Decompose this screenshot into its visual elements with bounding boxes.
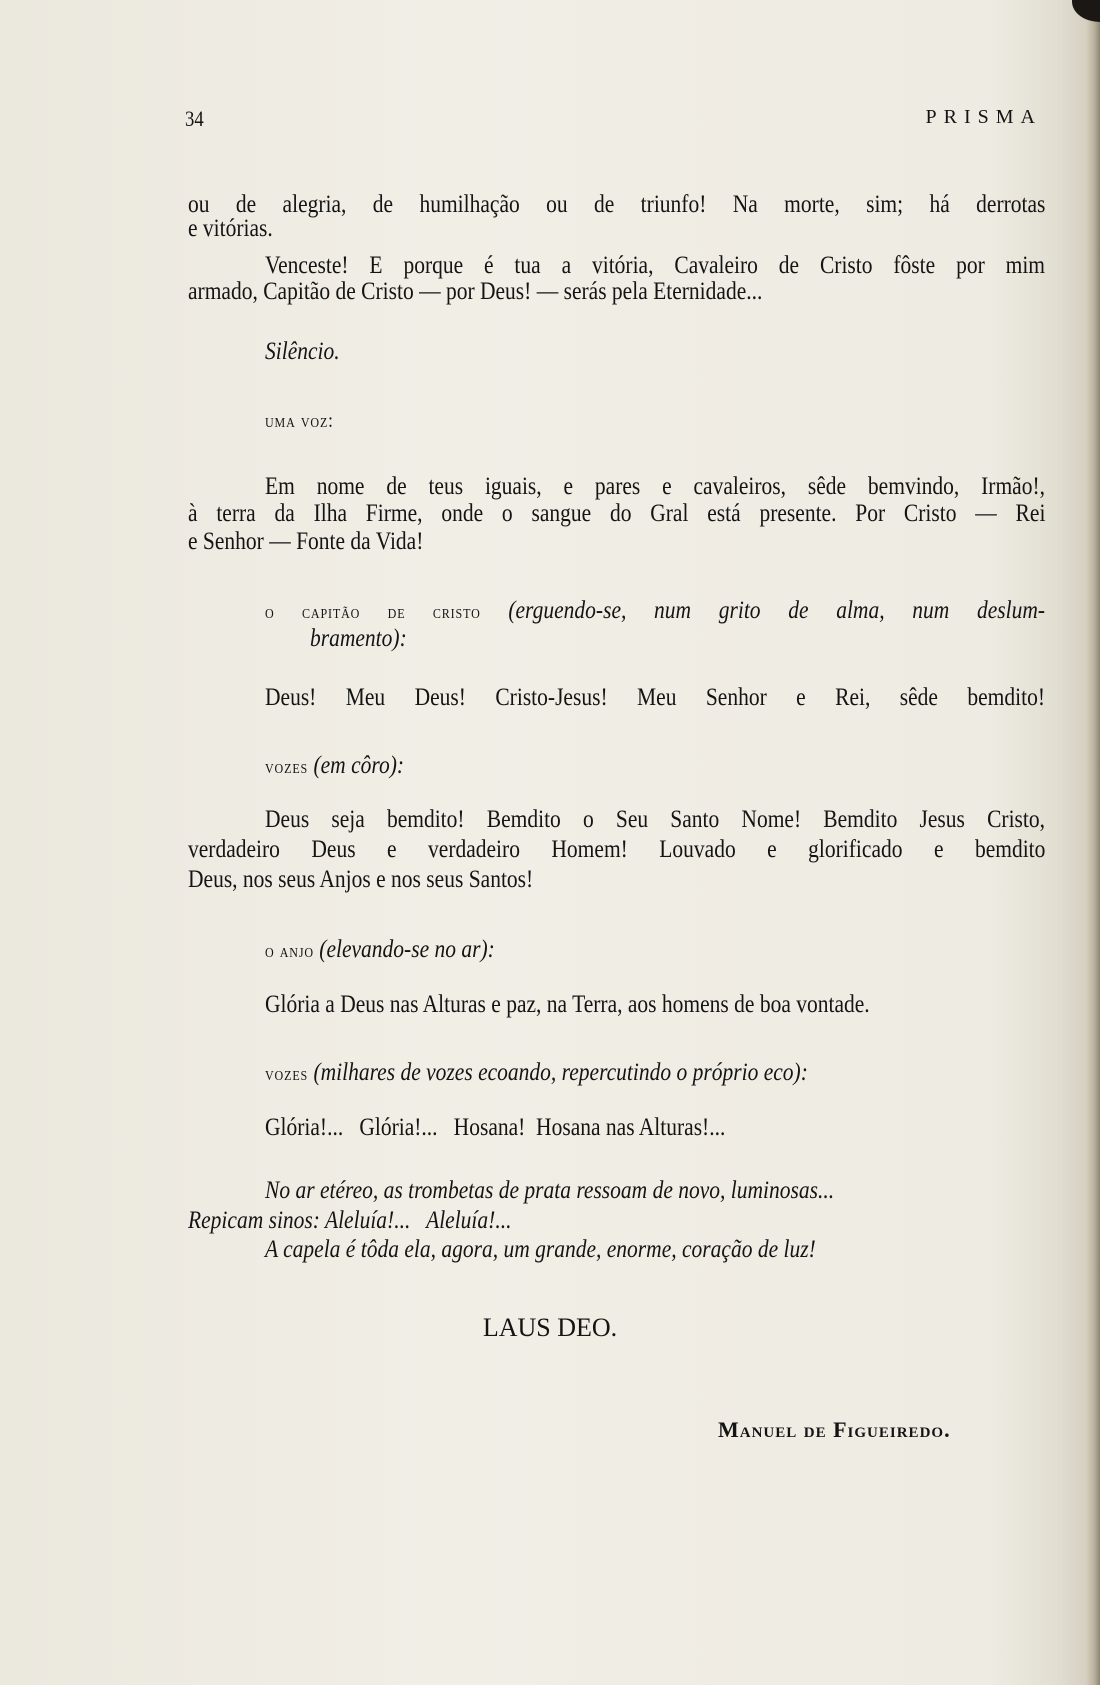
dialogue-line: Glória!... Glória!... Hosana! Hosana nas… — [265, 1113, 1002, 1143]
page-number: 34 — [185, 106, 204, 132]
dialogue-line: Deus, nos seus Anjos e nos seus Santos! — [188, 865, 925, 895]
dialogue-line: Glória a Deus nas Alturas e paz, na Terr… — [265, 990, 1002, 1020]
dialogue-line: Deus! Meu Deus! Cristo-Jesus! Meu Senhor… — [265, 683, 1045, 713]
paragraph-line: e vitórias. — [188, 214, 925, 244]
stage-direction: (erguendo-se, num grito de alma, num des… — [508, 597, 1045, 624]
speaker-label: vozes — [265, 1063, 308, 1085]
speaker-block: vozes (milhares de vozes ecoando, reperc… — [265, 1058, 1002, 1089]
author-signature: Manuel de Figueiredo. — [718, 1417, 951, 1443]
speaker-label: o anjo — [265, 940, 314, 962]
stage-direction: Silêncio. — [265, 337, 1002, 367]
stage-direction: Repicam sinos: Aleluía!... Aleluía!... — [188, 1206, 925, 1236]
dialogue-line: verdadeiro Deus e verdadeiro Homem! Louv… — [188, 835, 1045, 865]
dialogue-line: Em nome de teus iguais, e pares e cavale… — [265, 472, 1045, 502]
journal-title: PRISMA — [926, 106, 1042, 129]
speaker-block: o anjo (elevando-se no ar): — [265, 935, 1002, 966]
dialogue-line: Deus seja bemdito! Bemdito o Seu Santo N… — [265, 805, 1045, 835]
speaker-label: uma voz: — [265, 406, 1002, 436]
speaker-label: vozes — [265, 756, 308, 778]
stage-direction: No ar etéreo, as trombetas de prata ress… — [265, 1176, 1002, 1206]
page-corner-shadow — [1072, 0, 1100, 22]
speaker-block: vozes (em côro): — [265, 751, 1002, 782]
speaker-block: o capitão de cristo (erguendo-se, num gr… — [265, 596, 1045, 627]
stage-direction: (em côro): — [313, 752, 404, 779]
stage-direction: bramento): — [310, 624, 1047, 654]
closing-line: LAUS DEO. — [0, 1313, 1100, 1343]
dialogue-line: à terra da Ilha Firme, onde o sangue do … — [188, 499, 1045, 529]
page-binding-edge — [1086, 0, 1100, 1685]
book-page: 34 PRISMA ou de alegria, de humilhação o… — [0, 0, 1100, 1685]
speaker-label: o capitão de cristo — [265, 601, 481, 623]
stage-direction: (milhares de vozes ecoando, repercutindo… — [313, 1059, 807, 1086]
dialogue-line: e Senhor — Fonte da Vida! — [188, 527, 925, 557]
stage-direction: (elevando-se no ar): — [319, 936, 495, 963]
paragraph-line: armado, Capitão de Cristo — por Deus! — … — [188, 277, 925, 307]
stage-direction: A capela é tôda ela, agora, um grande, e… — [265, 1235, 1002, 1265]
